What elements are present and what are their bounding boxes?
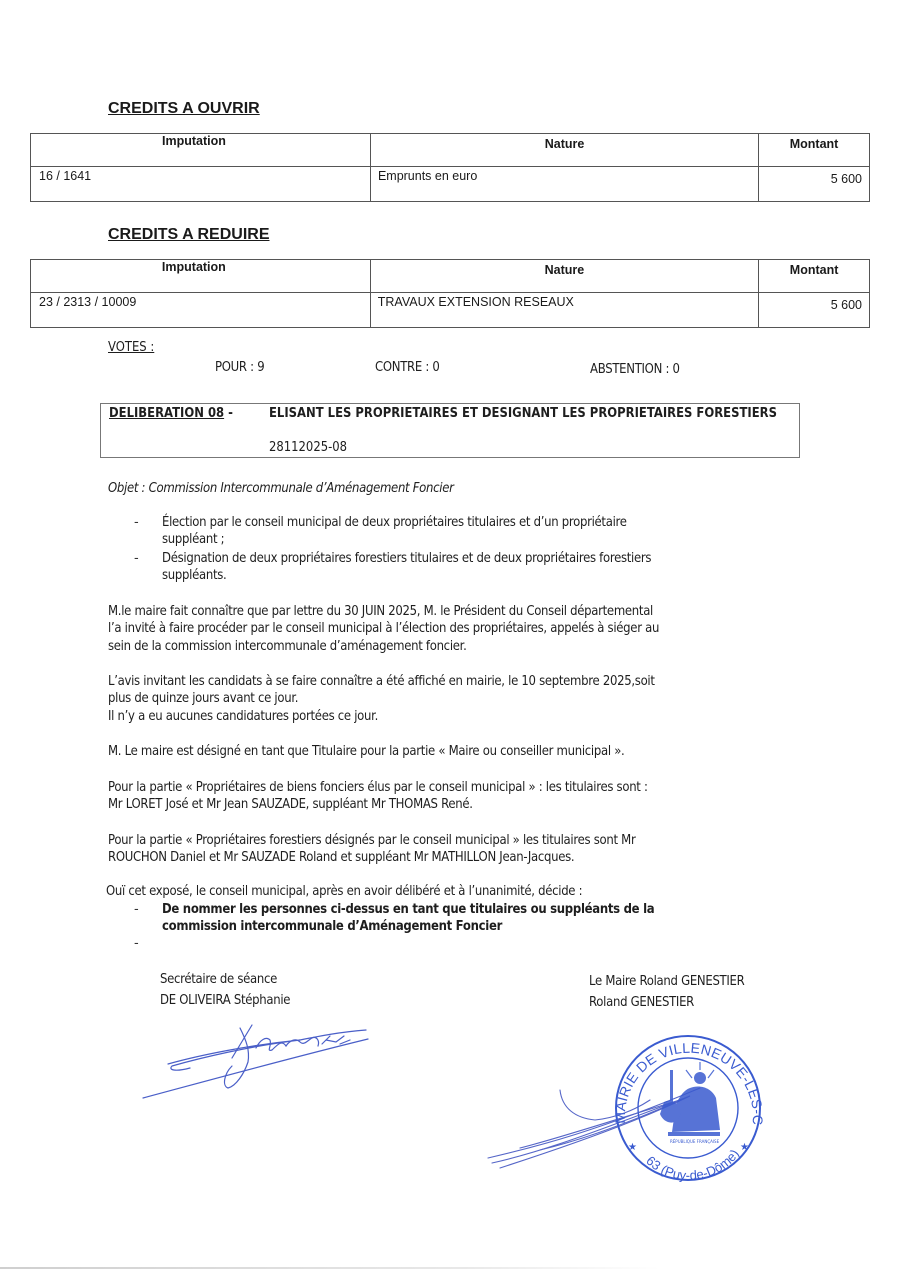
secretary-signature-icon xyxy=(143,1025,368,1098)
mairie-stamp-icon: MAIRIE DE VILLENEUVE-LES-CERFS 63 (Puy-d… xyxy=(0,0,766,1183)
mayor-signature-icon xyxy=(488,1088,700,1168)
svg-text:63 (Puy-de-Dôme): 63 (Puy-de-Dôme) xyxy=(643,1146,742,1182)
stamp-bottom-text: 63 (Puy-de-Dôme) xyxy=(643,1146,742,1182)
svg-text:★: ★ xyxy=(740,1142,749,1153)
stamp-top-text: MAIRIE DE VILLENEUVE-LES-CERFS xyxy=(0,0,766,1126)
svg-text:MAIRIE DE VILLENEUVE-LES-CERFS: MAIRIE DE VILLENEUVE-LES-CERFS xyxy=(0,0,766,1126)
signatures-and-stamp: MAIRIE DE VILLENEUVE-LES-CERFS 63 (Puy-d… xyxy=(0,0,900,1273)
svg-text:★: ★ xyxy=(628,1142,637,1153)
stamp-inner-text: RÉPUBLIQUE FRANÇAISE xyxy=(670,1139,720,1144)
page-bottom-rule xyxy=(0,1267,660,1269)
